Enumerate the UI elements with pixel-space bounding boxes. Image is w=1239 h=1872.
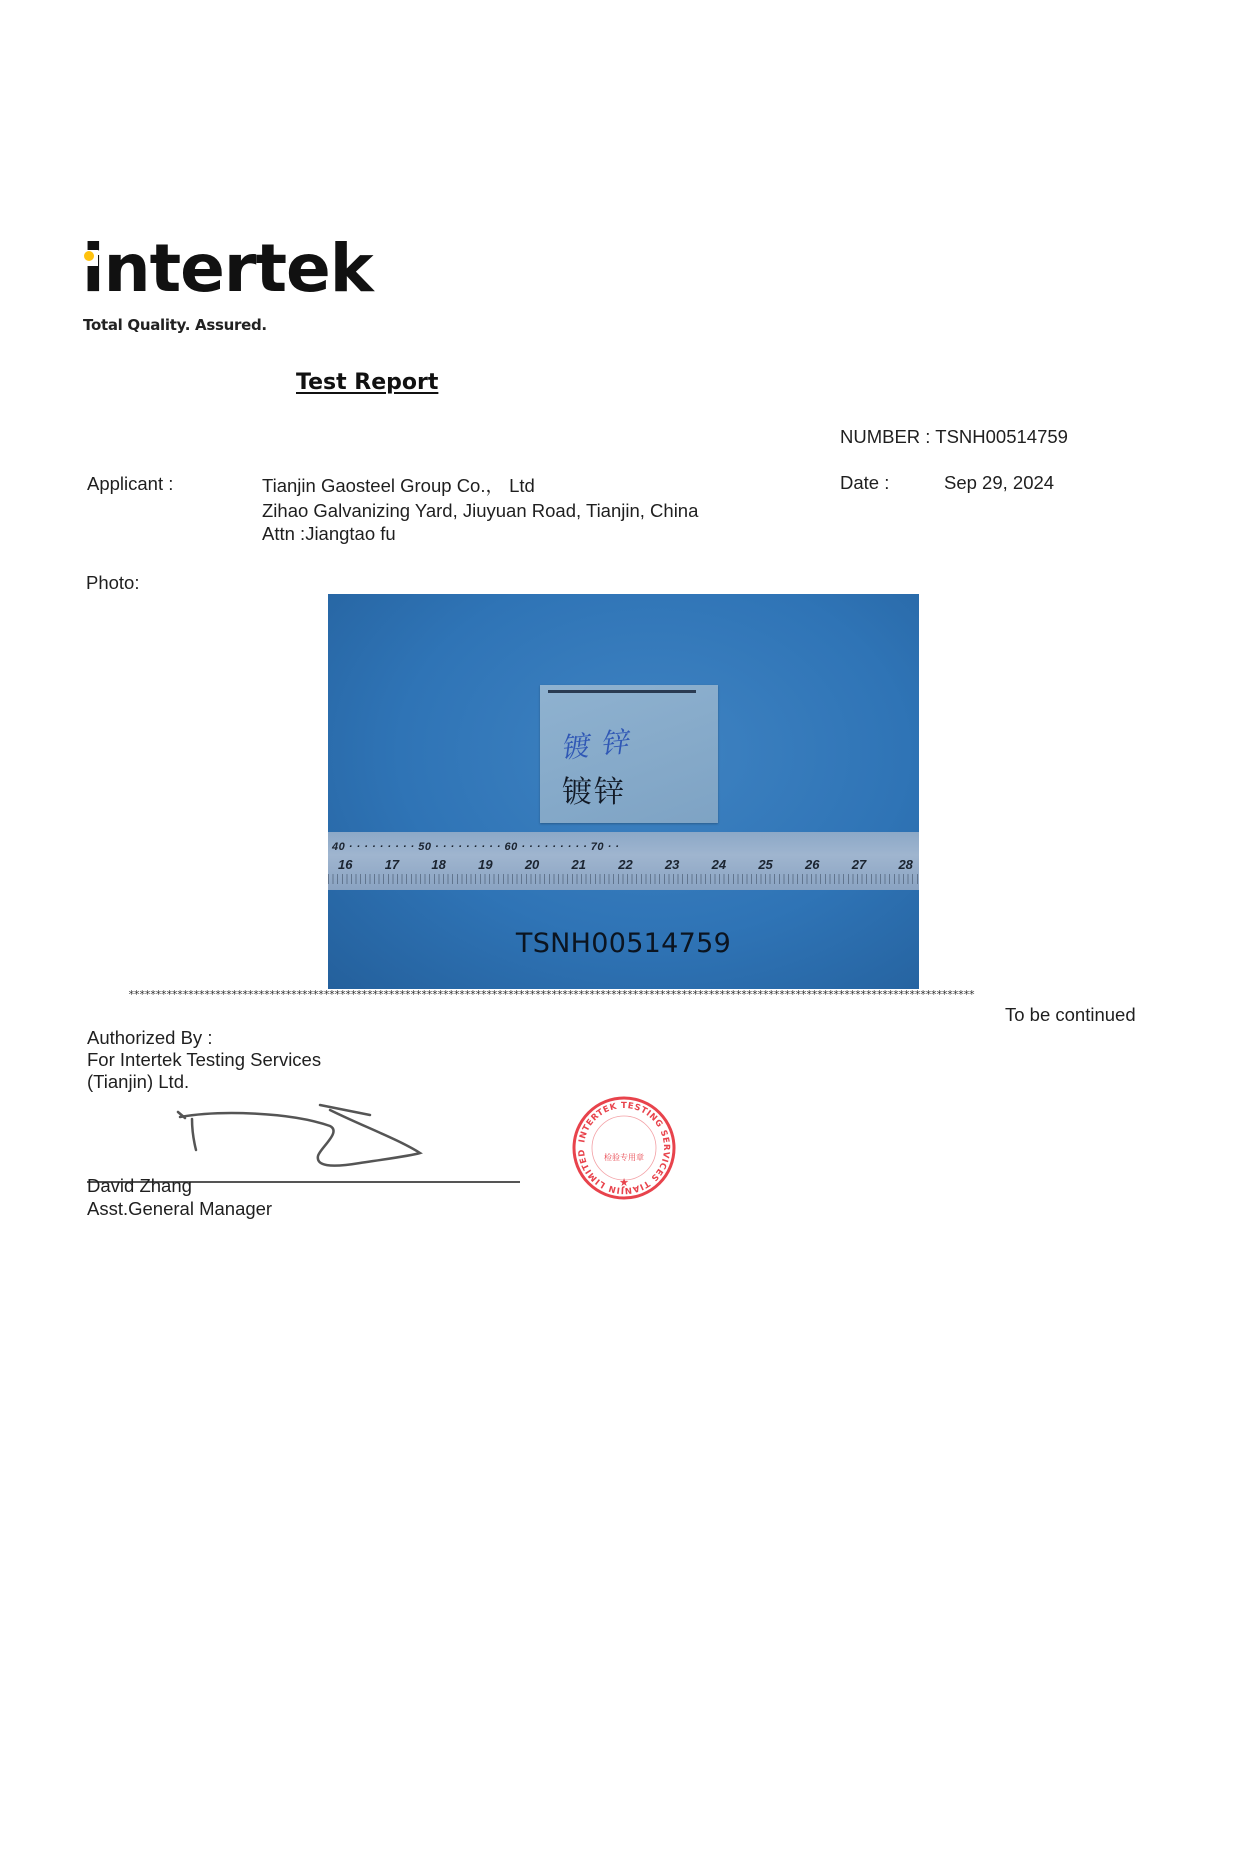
ruler-number: 18 <box>431 857 445 872</box>
intertek-logo: intertek <box>82 236 373 302</box>
photo-label: Photo: <box>86 574 140 593</box>
ruler-number-row: 16171819202122232425262728 <box>338 857 913 872</box>
ruler-number: 28 <box>898 857 912 872</box>
logo-dot-icon <box>84 251 94 261</box>
authorized-org-line2: (Tianjin) Ltd. <box>87 1073 189 1092</box>
signer-name: David Zhang <box>87 1177 192 1196</box>
separator-asterisks: ****************************************… <box>128 990 1162 1000</box>
ruler-number: 27 <box>852 857 866 872</box>
ruler-number: 24 <box>712 857 726 872</box>
report-number-label: NUMBER : <box>840 426 930 447</box>
sample-photo: 镀锌 镀锌 40 · · · · · · · · · 50 · · · · · … <box>328 594 919 989</box>
ruler-number: 23 <box>665 857 679 872</box>
applicant-company: Tianjin Gaosteel Group Co.， Ltd <box>262 477 535 496</box>
applicant-attn: Attn :Jiangtao fu <box>262 525 396 544</box>
photo-sample-id: TSNH00514759 <box>328 928 919 959</box>
plate-edge-line <box>548 690 696 693</box>
ruler-number: 22 <box>618 857 632 872</box>
ruler-number: 17 <box>385 857 399 872</box>
company-seal-icon: INTERTEK TESTING SERVICES TIANJIN LIMITE… <box>570 1094 678 1202</box>
svg-text:★: ★ <box>619 1177 629 1189</box>
authorized-by-label: Authorized By : <box>87 1029 212 1048</box>
ruler-number: 19 <box>478 857 492 872</box>
to-be-continued: To be continued <box>1005 1006 1136 1025</box>
ruler-number: 26 <box>805 857 819 872</box>
ruler-number: 16 <box>338 857 352 872</box>
handwriting-black: 镀锌 <box>562 767 626 811</box>
applicant-address: Zihao Galvanizing Yard, Jiuyuan Road, Ti… <box>262 502 698 521</box>
report-title: Test Report <box>296 370 438 395</box>
ruler-ticks <box>328 874 919 884</box>
svg-text:检验专用章: 检验专用章 <box>604 1152 644 1162</box>
ruler-number: 21 <box>572 857 586 872</box>
signature-icon <box>170 1100 430 1190</box>
authorized-org-line1: For Intertek Testing Services <box>87 1051 321 1070</box>
ruler-number: 20 <box>525 857 539 872</box>
handwriting-blue: 镀锌 <box>558 719 642 767</box>
signer-title: Asst.General Manager <box>87 1200 272 1219</box>
report-number: NUMBER : TSNH00514759 <box>840 428 1068 447</box>
ruler-number: 25 <box>758 857 772 872</box>
steel-ruler: 40 · · · · · · · · · 50 · · · · · · · · … <box>328 832 919 890</box>
applicant-label: Applicant : <box>87 475 173 494</box>
report-number-value: TSNH00514759 <box>935 426 1068 447</box>
report-date-label: Date : <box>840 474 889 493</box>
report-date-value: Sep 29, 2024 <box>944 474 1054 493</box>
ruler-top-scale: 40 · · · · · · · · · 50 · · · · · · · · … <box>332 841 619 853</box>
galvanized-sample-plate: 镀锌 镀锌 <box>540 685 718 823</box>
logo-tagline: Total Quality. Assured. <box>83 316 267 334</box>
